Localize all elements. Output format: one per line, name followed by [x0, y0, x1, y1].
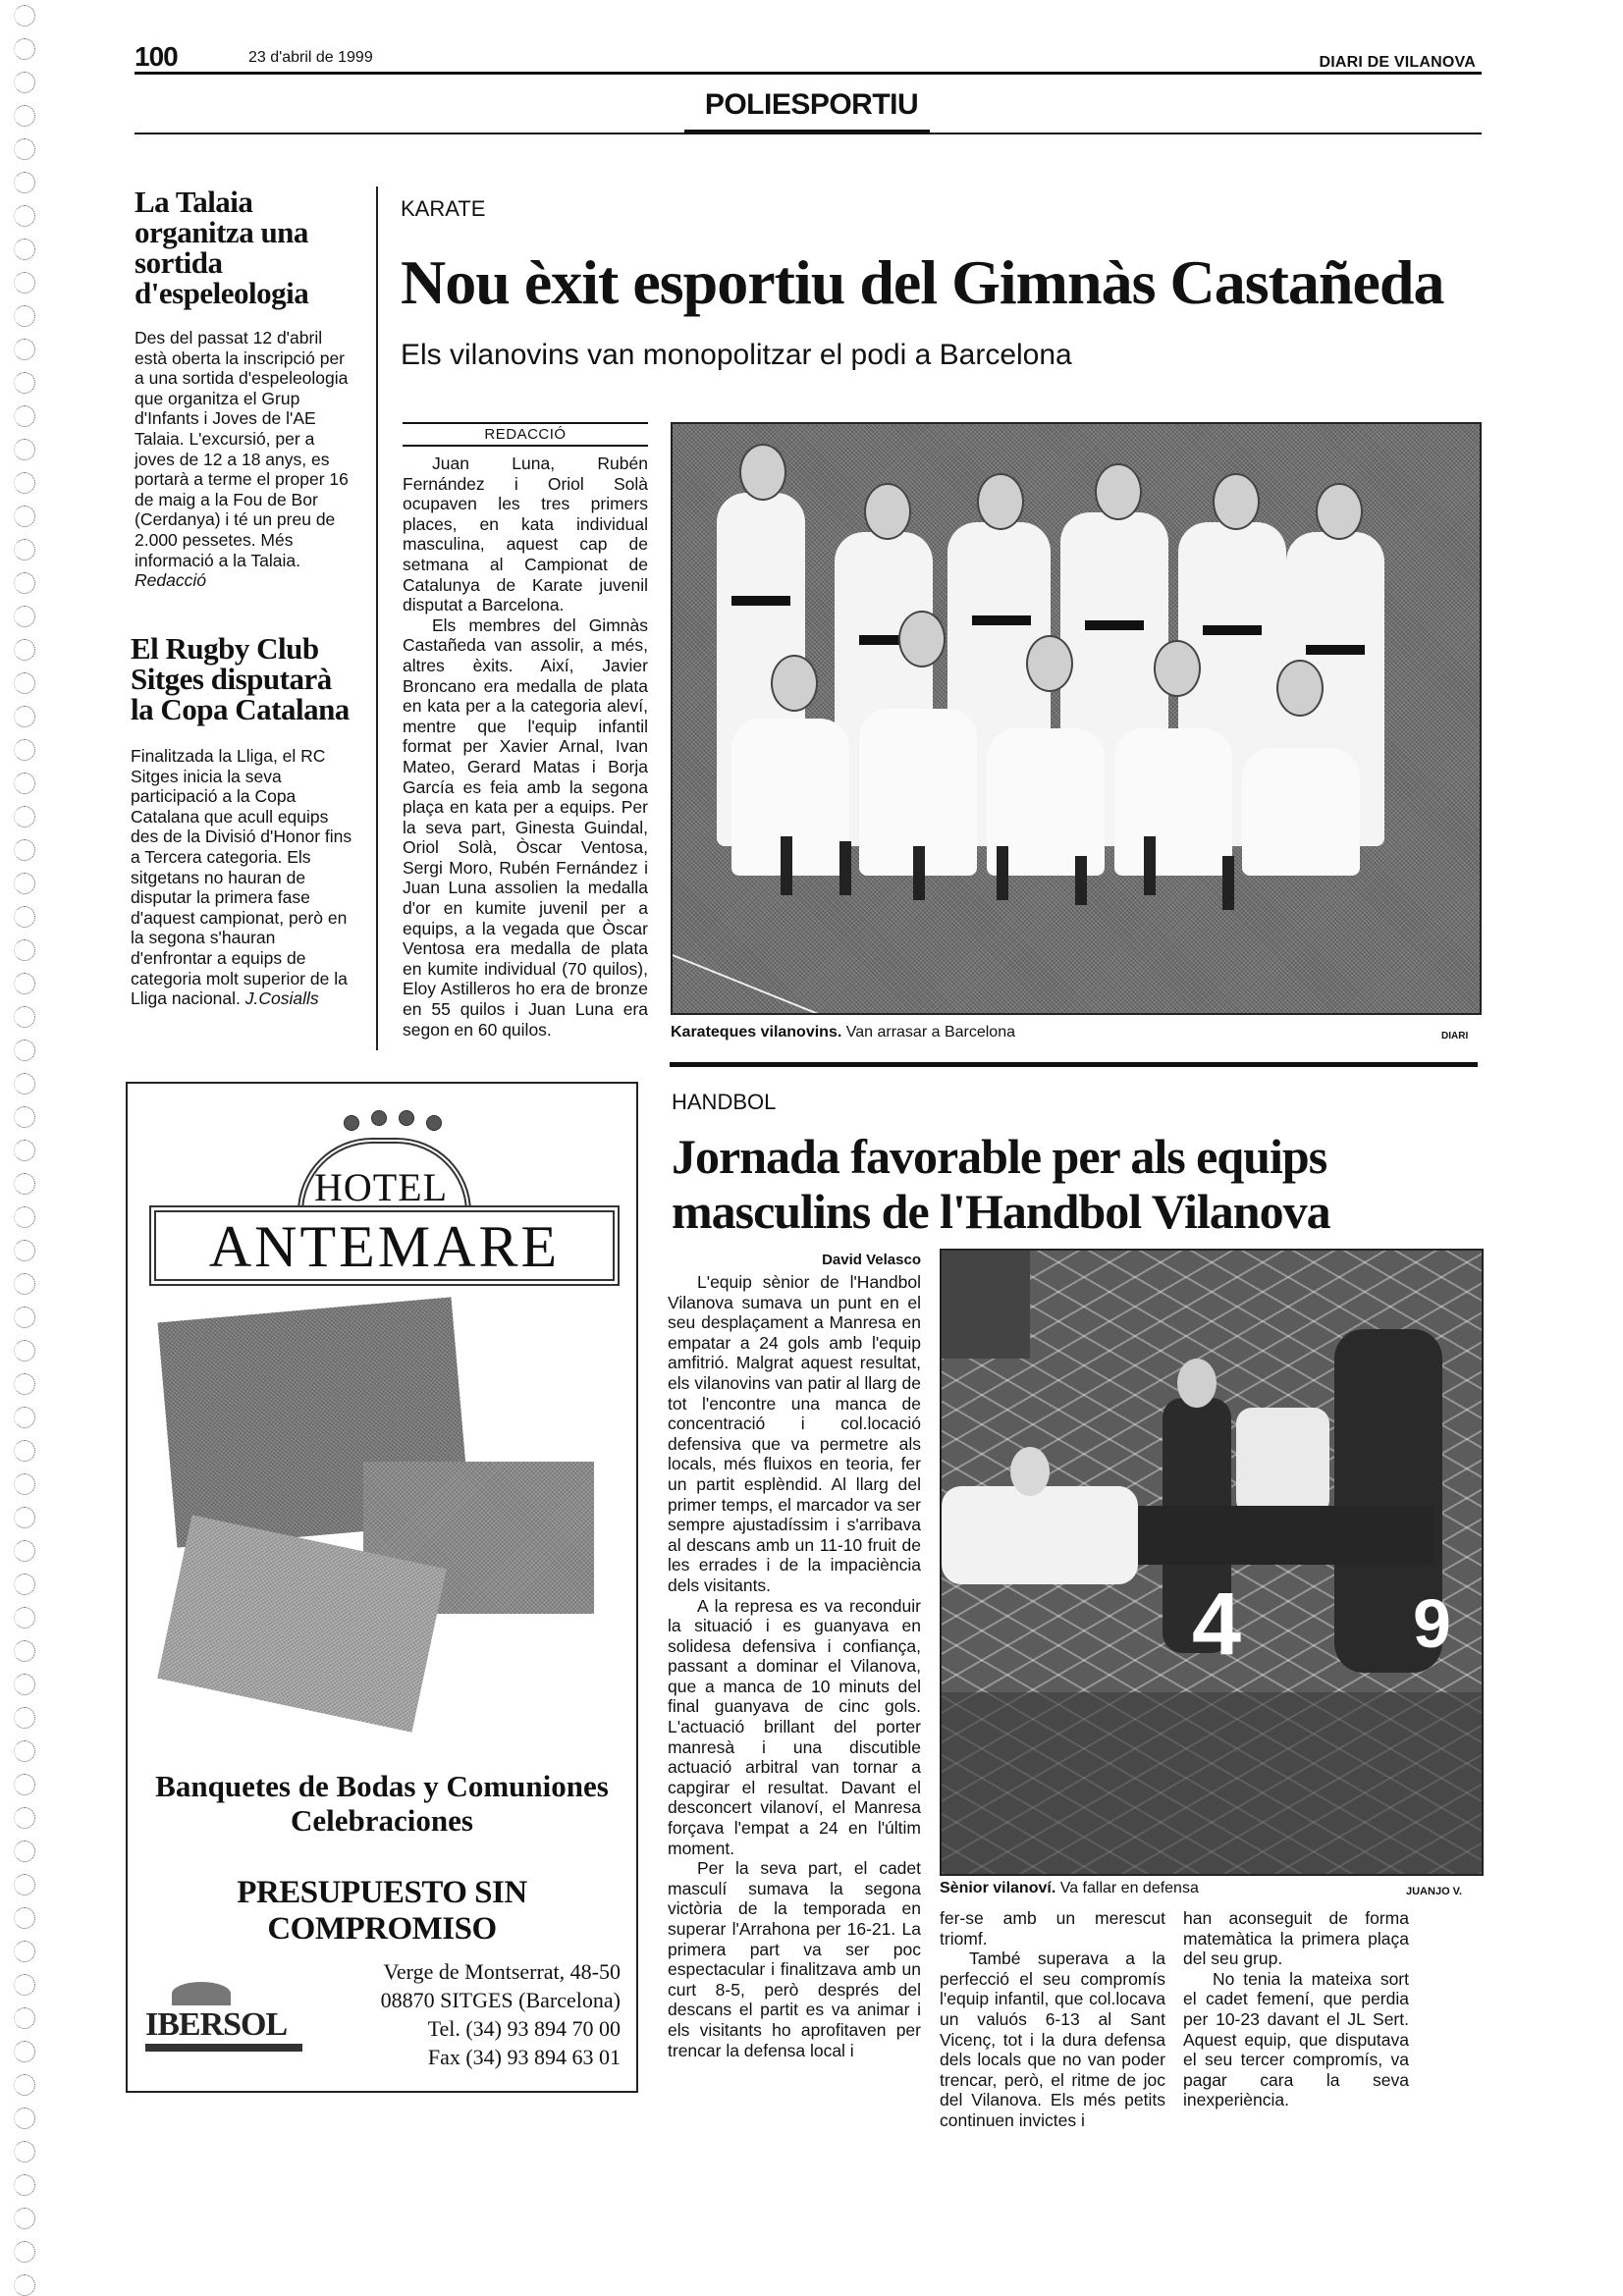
handbol-body-col2: fer-se amb un merescut triomf. També sup…: [940, 1908, 1165, 2131]
perforation-hole: [14, 272, 35, 294]
perforation-hole: [14, 1774, 35, 1795]
hotel-advertisement: HOTEL ANTEMARE Banquetes de Bodas y Comu…: [126, 1082, 638, 2093]
perforation-hole: [14, 38, 35, 60]
perforation-hole: [14, 1674, 35, 1695]
perforation-hole: [14, 1907, 35, 1929]
perforation-hole: [14, 2141, 35, 2163]
perforation-hole: [14, 606, 35, 627]
perforation-hole: [14, 1740, 35, 1762]
brief-signature: J.Cosialls: [245, 988, 319, 1008]
handbol-body-col1: L'equip sènior de l'Handbol Vilanova sum…: [668, 1272, 921, 2060]
handbol-headline: Jornada favorable per als equips masculi…: [672, 1129, 1330, 1239]
karate-body: Juan Luna, Rubén Fernández i Oriol Solà …: [403, 454, 648, 1040]
karate-team-photo: [671, 422, 1482, 1015]
perforation-hole: [14, 2108, 35, 2129]
star-icon: [399, 1110, 414, 1126]
perforation-hole: [14, 839, 35, 861]
perforation-hole: [14, 1006, 35, 1028]
perforation-margin: [8, 0, 43, 2296]
jersey-number: 4: [1192, 1575, 1241, 1676]
perforation-hole: [14, 1607, 35, 1629]
perforation-hole: [14, 1173, 35, 1195]
ad-tagline: Banquetes de Bodas y Comuniones Celebrac…: [128, 1769, 636, 1838]
handbol-kicker: HANDBOL: [672, 1090, 776, 1115]
perforation-hole: [14, 2208, 35, 2229]
perforation-hole: [14, 639, 35, 661]
perforation-hole: [14, 1240, 35, 1261]
perforation-hole: [14, 1874, 35, 1896]
perforation-hole: [14, 572, 35, 594]
handbol-byline: David Velasco: [668, 1252, 921, 1268]
perforation-hole: [14, 1040, 35, 1061]
perforation-hole: [14, 1807, 35, 1829]
perforation-hole: [14, 906, 35, 928]
perforation-hole: [14, 205, 35, 227]
perforation-hole: [14, 506, 35, 527]
perforation-hole: [14, 672, 35, 694]
perforation-hole: [14, 239, 35, 260]
perforation-hole: [14, 2074, 35, 2096]
perforation-hole: [14, 5, 35, 27]
issue-date: 23 d'abril de 1999: [248, 49, 373, 67]
karate-photo-credit: DIARI: [1441, 1031, 1468, 1041]
perforation-hole: [14, 773, 35, 794]
perforation-hole: [14, 2007, 35, 2029]
jersey-number: 9: [1413, 1584, 1451, 1663]
perforation-hole: [14, 706, 35, 727]
ad-offer: PRESUPUESTO SIN COMPROMISO: [128, 1875, 636, 1948]
section-title: POLIESPORTIU: [0, 88, 1623, 122]
perforation-hole: [14, 739, 35, 761]
brief-headline: El Rugby Club Sitges disputarà la Copa C…: [131, 633, 358, 724]
perforation-hole: [14, 2241, 35, 2263]
brief-rugby: El Rugby Club Sitges disputarà la Copa C…: [131, 633, 358, 1009]
ad-contact: Verge de Montserrat, 48-50 08870 SITGES …: [381, 1957, 621, 2071]
column-divider: [376, 187, 378, 1050]
perforation-hole: [14, 539, 35, 561]
karate-deck: Els vilanovins van monopolitzar el podi …: [401, 339, 1072, 372]
perforation-hole: [14, 2041, 35, 2062]
perforation-hole: [14, 973, 35, 994]
perforation-hole: [14, 2174, 35, 2196]
perforation-hole: [14, 372, 35, 394]
perforation-hole: [14, 472, 35, 494]
perforation-hole: [14, 305, 35, 327]
perforation-hole: [14, 1373, 35, 1395]
article-separator: [670, 1062, 1478, 1067]
hotel-word: HOTEL: [312, 1164, 450, 1210]
page-number: 100: [135, 41, 178, 73]
karate-headline: Nou èxit esportiu del Gimnàs Castañeda: [401, 250, 1444, 315]
ibersol-logo: IBERSOL: [145, 2006, 287, 2044]
star-icon: [426, 1115, 442, 1131]
palm-tree-icon: [172, 1982, 231, 2005]
perforation-hole: [14, 1440, 35, 1462]
perforation-hole: [14, 405, 35, 427]
perforation-hole: [14, 1574, 35, 1595]
perforation-hole: [14, 1841, 35, 1862]
perforation-hole: [14, 339, 35, 360]
perforation-hole: [14, 1340, 35, 1362]
perforation-hole: [14, 1473, 35, 1495]
perforation-hole: [14, 1941, 35, 1962]
perforation-hole: [14, 1307, 35, 1328]
karate-kicker: KARATE: [401, 196, 485, 222]
perforation-hole: [14, 939, 35, 961]
handbol-body-col3: han aconseguit de forma matemàtica la pr…: [1183, 1908, 1409, 2110]
section-rule-accent: [684, 130, 930, 134]
brief-talaia: La Talaia organitza una sortida d'espele…: [135, 187, 355, 591]
brief-headline: La Talaia organitza una sortida d'espele…: [135, 187, 355, 308]
handball-photo: 4 9: [940, 1249, 1484, 1876]
perforation-hole: [14, 1073, 35, 1095]
brief-signature: Redacció: [135, 570, 206, 590]
perforation-hole: [14, 1707, 35, 1729]
masthead-rule: [135, 72, 1482, 75]
karate-byline: REDACCIÓ: [403, 422, 648, 447]
perforation-hole: [14, 1407, 35, 1428]
perforation-hole: [14, 1540, 35, 1562]
perforation-hole: [14, 1106, 35, 1128]
perforation-hole: [14, 1640, 35, 1662]
newspaper-name: DIARI DE VILANOVA: [1319, 54, 1476, 72]
perforation-hole: [14, 1206, 35, 1228]
star-icon: [371, 1110, 387, 1126]
star-icon: [344, 1115, 359, 1131]
perforation-hole: [14, 1974, 35, 1996]
brief-body: Finalitzada la Lliga, el RC Sitges inici…: [131, 746, 358, 1009]
handball-photo-caption: Sènior vilanoví. Va fallar en defensa: [940, 1880, 1199, 1897]
perforation-hole: [14, 1507, 35, 1528]
perforation-hole: [14, 439, 35, 460]
hotel-name: ANTEMARE: [156, 1212, 613, 1281]
perforation-hole: [14, 172, 35, 193]
ibersol-logo-underline: [145, 2044, 302, 2052]
perforation-hole: [14, 2274, 35, 2296]
handball-photo-credit: JUANJO V.: [1406, 1886, 1462, 1897]
karate-photo-caption: Karateques vilanovins. Van arrasar a Bar…: [671, 1024, 1015, 1041]
perforation-hole: [14, 138, 35, 160]
perforation-hole: [14, 873, 35, 894]
perforation-hole: [14, 1140, 35, 1161]
perforation-hole: [14, 1273, 35, 1295]
hotel-logo-box: ANTEMARE: [149, 1205, 620, 1286]
brief-body: Des del passat 12 d'abril està oberta la…: [135, 328, 355, 591]
perforation-hole: [14, 806, 35, 828]
